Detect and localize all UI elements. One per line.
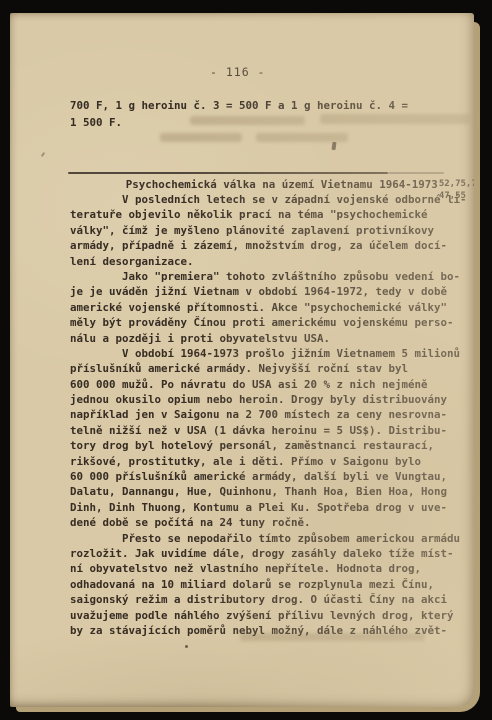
text-line: uvažujeme podle náhlého zvýšení přílivu … (70, 608, 467, 623)
text-line: rikšové, prostitutky, ale i děti. Přímo … (70, 454, 467, 469)
ink-speck (185, 645, 188, 648)
text-line: měly být prováděny Čínou proti americkém… (70, 315, 467, 330)
text-line: je je uváděn jižní Vietnam v období 1964… (70, 284, 467, 299)
text-line: Dalatu, Dannangu, Hue, Quinhonu, Thanh H… (70, 484, 467, 499)
text-line: 60 000 příslušníků americké armády, dalš… (70, 469, 467, 484)
ink-speck (41, 152, 46, 157)
text-line: 700 F, 1 g heroinu č. 3 = 500 F a 1 g he… (70, 97, 408, 114)
page-number: - 116 - (210, 65, 265, 79)
text-line: například jen v Saigonu na 2 700 místech… (70, 407, 467, 422)
text-line: Přesto se nepodařilo tímto způsobem amer… (70, 531, 467, 546)
text-line: ní obyvatelstvo než vlastního nepřítele.… (70, 561, 467, 576)
text-line: Dinh, Dinh Thuong, Kontumu a Plei Ku. Sp… (70, 500, 467, 515)
text-line: odhadovaná na 10 miliard dolarů se rozpl… (70, 577, 467, 592)
text-line: armády, případně i zázemí, množstvím dro… (70, 238, 467, 253)
text-line: saigonský režim a distributory drog. O ú… (70, 592, 467, 607)
text-line: V posledních letech se v západní vojensk… (70, 192, 467, 207)
document-page: - 116 - 700 F, 1 g heroinu č. 3 = 500 F … (10, 13, 474, 707)
text-line: lení desorganizace. (70, 254, 467, 269)
text-line: by za stávajících poměrů nebyl možný, dá… (70, 623, 467, 638)
section-heading-text: Psychochemická válka na území Vietnamu 1… (126, 178, 438, 191)
text-line: Jako "premiera" tohoto zvláštního způsob… (70, 269, 467, 284)
text-line: tory drog byl hotelový personál, zaměstn… (70, 438, 467, 453)
text-line: V období 1964-1973 prošlo jižním Vietnam… (70, 346, 467, 361)
text-line: příslušníků americké armády. Nejvyšší ro… (70, 361, 467, 376)
text-line: jednou okusilo opium nebo heroin. Drogy … (70, 392, 467, 407)
ink-bleedthrough-smudge (190, 116, 305, 125)
text-line: teratuře objevilo několik prací na téma … (70, 207, 467, 222)
text-line: války", čímž je myšleno plánovité zaplav… (70, 223, 467, 238)
text-line: dené době se počítá na 24 tuny ročně. (70, 515, 467, 530)
text-line: rozložit. Jak uvidíme dále, drogy zasáhl… (70, 546, 467, 561)
heading-underline (68, 172, 388, 174)
text-line: 600 000 mužů. Po návratu do USA asi 20 %… (70, 377, 467, 392)
text-line: americké vojenské přítomnosti. Akce "psy… (70, 300, 467, 315)
ink-bleedthrough-smudge (320, 114, 470, 124)
ink-bleedthrough-smudge (256, 133, 348, 142)
body-text: V posledních letech se v západní vojensk… (70, 192, 467, 638)
ink-bleedthrough-smudge (160, 133, 242, 142)
heading-underline-faded-end (388, 172, 444, 174)
scanned-book-page: - 116 - 700 F, 1 g heroinu č. 3 = 500 F … (0, 0, 492, 720)
text-line: nálu a později i proti obyvatelstvu USA. (70, 331, 467, 346)
ink-speck (331, 142, 336, 150)
text-line: telně nižší než v USA (1 dávka heroinu =… (70, 423, 467, 438)
reference-numbers-top: 52,75,76,48, (439, 178, 474, 190)
